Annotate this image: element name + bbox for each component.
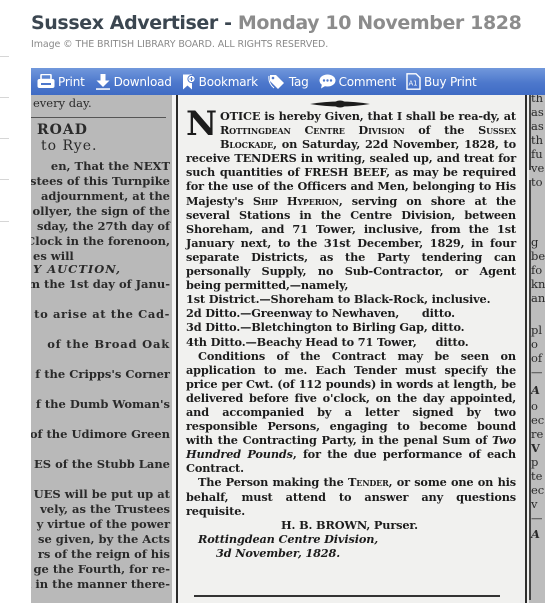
text-line: en, That the NEXT <box>51 160 170 174</box>
text-line: f the Dumb Woman's <box>36 398 170 412</box>
page-header: Sussex Advertiser - Monday 10 November 1… <box>31 12 521 50</box>
text-line: vely, as the Trustees <box>40 503 170 517</box>
text-line: of <box>531 351 542 365</box>
text-line: V <box>531 441 540 455</box>
tag-label: Tag <box>289 75 309 89</box>
text-line: y virtue of the power <box>37 518 170 532</box>
text-line: A <box>531 383 540 397</box>
district-line: 3d Ditto.—Bletchington to Birling Gap, d… <box>186 320 516 334</box>
copyright-notice: Image © THE BRITISH LIBRARY BOARD. ALL R… <box>31 39 521 50</box>
district-line: 2d Ditto.—Greenway to Newhaven, ditto. <box>186 306 516 320</box>
title-separator: - <box>224 12 232 34</box>
bookmark-button[interactable]: Bookmark <box>182 74 258 90</box>
notice-text: , serving on shore at the several Statio… <box>186 194 516 293</box>
text-line: every day. <box>33 97 92 111</box>
text-line: kn <box>531 277 545 291</box>
column-divider <box>520 95 529 603</box>
text-line: d in the manner there- <box>31 578 170 592</box>
buy-print-button[interactable]: A1 Buy Print <box>406 73 477 90</box>
text-line: — <box>531 511 543 525</box>
page-title: Sussex Advertiser - Monday 10 November 1… <box>31 12 521 34</box>
newspaper-image-viewer[interactable]: every day. ROAD to Rye. en, That the NEX… <box>31 95 545 603</box>
bookmark-label: Bookmark <box>199 75 258 89</box>
text-line: m the 1st day of Janu- <box>31 278 170 292</box>
download-icon <box>95 74 111 90</box>
text-line: pl <box>531 323 542 337</box>
bookmark-icon <box>182 74 196 90</box>
text-line: o <box>531 399 538 413</box>
column-divider <box>172 95 180 603</box>
printer-icon <box>37 74 55 89</box>
text-line: to arise at the Cad- <box>34 308 170 322</box>
print-label: Print <box>58 75 85 89</box>
notice-text: Tender <box>348 475 389 489</box>
text-line: Y AUCTION, <box>33 263 121 277</box>
notice-text: Conditions of the Contract may be seen o… <box>186 349 516 448</box>
gutter-divider <box>0 56 9 57</box>
text-line: to Rye. <box>41 140 97 154</box>
buy-print-label: Buy Print <box>424 75 477 89</box>
buy-print-icon: A1 <box>406 73 421 90</box>
text-line: ROAD <box>37 124 88 138</box>
notice-column: NOTICE is hereby Given, that I shall be … <box>180 95 520 603</box>
comment-button[interactable]: Comment <box>319 74 396 89</box>
text-line: f the Cripps's Corner <box>35 368 170 382</box>
signature-date: 3d November, 1828. <box>186 546 516 560</box>
district-line: 4th Ditto.—Beachy Head to 71 Tower, ditt… <box>186 335 516 349</box>
text-line: stees of this Turnpike <box>31 175 170 189</box>
text-line: ollyer, the sign of the <box>33 205 171 219</box>
text-line: o <box>531 337 538 351</box>
text-line: ve <box>531 161 544 175</box>
text-line: p <box>531 455 538 469</box>
issue-date: Monday 10 November 1828 <box>238 12 522 34</box>
text-line: Clock in the forenoon, <box>31 235 170 249</box>
tender-notice: NOTICE is hereby Given, that I shall be … <box>186 109 516 560</box>
text-line: an <box>531 291 545 305</box>
download-label: Download <box>114 75 172 89</box>
newspaper-name: Sussex Advertiser <box>31 12 218 34</box>
text-line: te <box>531 469 542 483</box>
district-line: 1st District.—Shoreham to Black-Rock, in… <box>186 292 516 306</box>
text-line: g <box>531 235 538 249</box>
notice-text: OTICE is hereby Given, that I shall be r… <box>220 109 516 123</box>
download-button[interactable]: Download <box>95 74 172 90</box>
gutter-divider <box>0 179 9 180</box>
text-line: ge the Fourth, for re- <box>34 563 171 577</box>
text-line: ec <box>531 413 544 427</box>
action-toolbar: Print Download Bookmark Tag <box>31 68 545 95</box>
text-line: ec <box>531 483 544 497</box>
notice-text: Rottingdean Centre Division <box>220 123 405 137</box>
text-line: be <box>531 249 545 263</box>
notice-text: Ship Hyperion <box>253 194 339 208</box>
text-line: fo <box>531 263 542 277</box>
right-column-fragment: th as as th fu ve to g be fo kn an pl o … <box>529 95 545 603</box>
svg-text:A1: A1 <box>409 80 418 88</box>
comment-label: Comment <box>339 75 396 89</box>
ornament-divider-icon <box>310 100 370 108</box>
text-line: se given, by the Acts <box>38 533 170 547</box>
comment-icon <box>319 74 336 89</box>
text-line: v <box>531 497 538 511</box>
signature-place: Rottingdean Centre Division, <box>186 532 516 546</box>
notice-text: of the <box>405 123 479 137</box>
gutter-divider <box>0 138 9 139</box>
text-line: — <box>531 365 543 379</box>
text-line: A <box>531 527 540 541</box>
text-line: sday, the 27th day of <box>37 220 170 234</box>
signature: H. B. BROWN, Purser. <box>186 518 516 532</box>
tag-button[interactable]: Tag <box>268 74 309 90</box>
text-line: rs of the reign of his <box>38 548 170 562</box>
text-line: as <box>531 119 544 133</box>
drop-cap: N <box>186 110 217 138</box>
text-line: of the Broad Oak <box>47 338 170 352</box>
text-line: re <box>531 427 543 441</box>
print-button[interactable]: Print <box>37 74 85 89</box>
text-line: th <box>531 133 543 147</box>
text-line: th <box>531 95 543 105</box>
tag-icon <box>268 74 286 90</box>
gutter-divider <box>0 221 9 222</box>
left-column-fragment: every day. ROAD to Rye. en, That the NEX… <box>31 95 172 603</box>
text-line: fu <box>531 147 543 161</box>
column-rule <box>31 117 166 118</box>
text-line: to <box>531 175 543 189</box>
column-rule <box>194 595 500 597</box>
text-line: as <box>531 105 544 119</box>
text-line: of the Udimore Green <box>31 428 170 442</box>
text-line: UES will be put up at <box>34 488 170 502</box>
text-line: adjournment, at the <box>41 190 170 204</box>
text-line: ES of the Stubb Lane <box>34 458 170 472</box>
notice-text: The Person making the <box>198 475 348 489</box>
gutter-divider <box>0 97 9 98</box>
